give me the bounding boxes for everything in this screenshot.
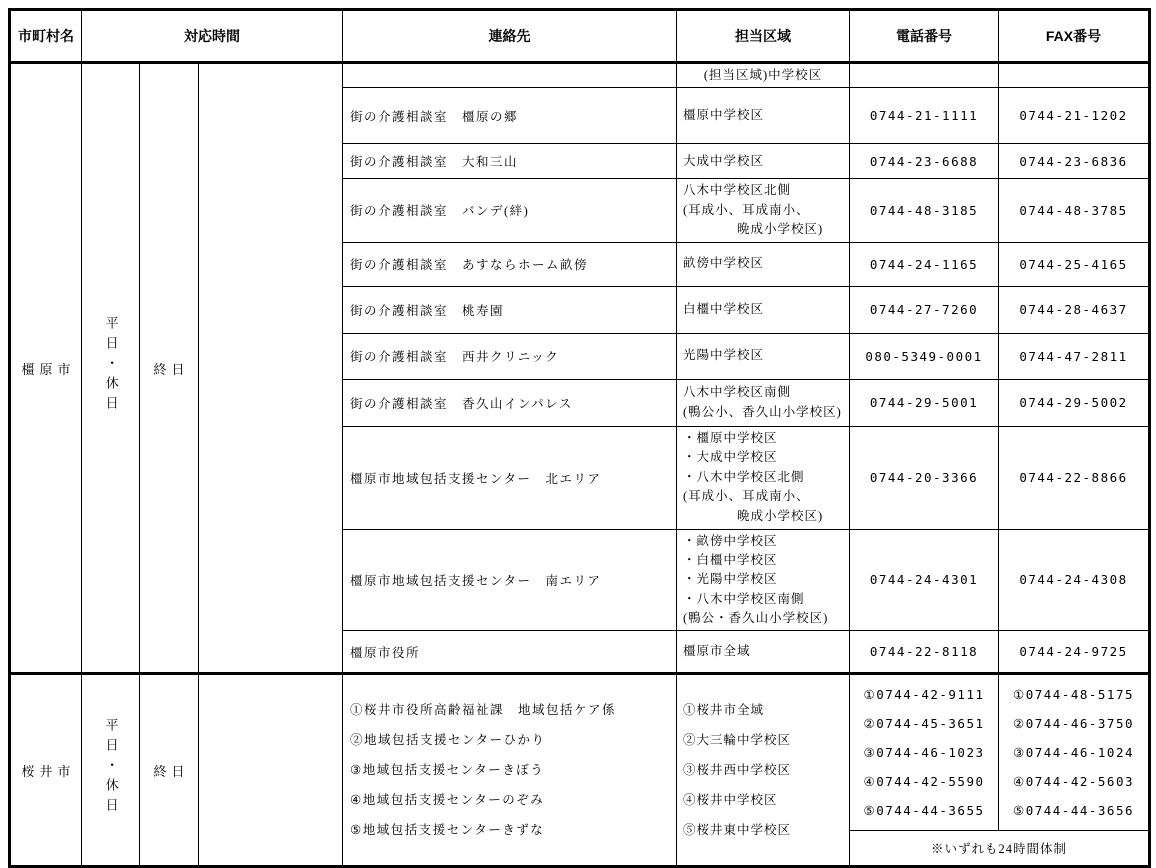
- table-row: 桜井市 平日・休日 終日 ①桜井市役所高齢福祉課 地域包括ケア係 ②地域包括支援…: [10, 674, 1150, 831]
- header-fax: FAX番号: [999, 10, 1150, 63]
- tel-list-cell: ①0744-42-9111 ②0744-45-3651 ③0744-46-102…: [850, 674, 999, 831]
- municipality-cell: 桜井市: [10, 674, 82, 867]
- header-area: 担当区域: [677, 10, 850, 63]
- tel-cell: 0744-24-4301: [850, 529, 999, 631]
- header-tel: 電話番号: [850, 10, 999, 63]
- contact-cell: 街の介護相談室 橿原の郷: [343, 88, 677, 144]
- contact-cell: 橿原市地域包括支援センター 北エリア: [343, 426, 677, 529]
- area-note-cell: (担当区域)中学校区: [677, 63, 850, 88]
- tel-cell: 0744-24-1165: [850, 242, 999, 286]
- fax-cell: 0744-29-5002: [999, 379, 1150, 426]
- header-municipality: 市町村名: [10, 10, 82, 63]
- tel-cell: 0744-20-3366: [850, 426, 999, 529]
- area-list-cell: ①桜井市全域 ②大三輪中学校区 ③桜井西中学校区 ④桜井中学校区 ⑤桜井東中学校…: [677, 674, 850, 867]
- tel-cell: 080-5349-0001: [850, 333, 999, 379]
- fax-list-cell: ①0744-48-5175 ②0744-46-3750 ③0744-46-102…: [999, 674, 1150, 831]
- fax-cell: 0744-23-6836: [999, 144, 1150, 179]
- tel-cell: 0744-29-5001: [850, 379, 999, 426]
- contact-cell: 橿原市役所: [343, 631, 677, 674]
- tel-cell: 0744-27-7260: [850, 286, 999, 333]
- municipality-cell: 橿原市: [10, 63, 82, 674]
- section-kashihara: 橿原市 平日・休日 終日 (担当区域)中学校区 街の介護相談室 橿原の郷 橿原中…: [10, 63, 1150, 674]
- contact-cell: 街の介護相談室 大和三山: [343, 144, 677, 179]
- area-cell: 八木中学校区南側 (鴨公小、香久山小学校区): [677, 379, 850, 426]
- contact-cell: 街の介護相談室 西井クリニック: [343, 333, 677, 379]
- area-cell: ・畝傍中学校区 ・白橿中学校区 ・光陽中学校区 ・八木中学校区南側 (鴨公・香久…: [677, 529, 850, 631]
- contact-table: 市町村名 対応時間 連絡先 担当区域 電話番号 FAX番号 橿原市 平日・休日 …: [8, 8, 1151, 868]
- area-cell: 橿原市全域: [677, 631, 850, 674]
- area-cell: 八木中学校区北側 (耳成小、耳成南小、 晩成小学校区): [677, 179, 850, 242]
- tel-cell: 0744-22-8118: [850, 631, 999, 674]
- fax-cell: 0744-24-4308: [999, 529, 1150, 631]
- contact-cell: 橿原市地域包括支援センター 南エリア: [343, 529, 677, 631]
- area-cell: 大成中学校区: [677, 144, 850, 179]
- fax-cell: 0744-24-9725: [999, 631, 1150, 674]
- area-cell: ・橿原中学校区 ・大成中学校区 ・八木中学校区北側 (耳成小、耳成南小、 晩成小…: [677, 426, 850, 529]
- tel-cell: [850, 63, 999, 88]
- hours-empty-cell: [199, 674, 343, 867]
- header-contact: 連絡先: [343, 10, 677, 63]
- fax-cell: 0744-47-2811: [999, 333, 1150, 379]
- tel-cell: 0744-23-6688: [850, 144, 999, 179]
- hours-time-cell: 終日: [140, 63, 199, 674]
- area-cell: 光陽中学校区: [677, 333, 850, 379]
- hours-time-cell: 終日: [140, 674, 199, 867]
- hours-days-label: 平日・休日: [103, 718, 117, 818]
- area-cell: 畝傍中学校区: [677, 242, 850, 286]
- table-row: 橿原市 平日・休日 終日 (担当区域)中学校区: [10, 63, 1150, 88]
- header-hours: 対応時間: [82, 10, 343, 63]
- table-header: 市町村名 対応時間 連絡先 担当区域 電話番号 FAX番号: [10, 10, 1150, 63]
- contact-cell: [343, 63, 677, 88]
- contact-cell: 街の介護相談室 あすならホーム畝傍: [343, 242, 677, 286]
- hours-empty-cell: [199, 63, 343, 674]
- fax-cell: 0744-25-4165: [999, 242, 1150, 286]
- fax-cell: 0744-22-8866: [999, 426, 1150, 529]
- contact-cell: 街の介護相談室 バンデ(絆): [343, 179, 677, 242]
- contact-cell: 街の介護相談室 桃寿園: [343, 286, 677, 333]
- hours-days-cell: 平日・休日: [82, 63, 140, 674]
- area-cell: 白橿中学校区: [677, 286, 850, 333]
- fax-cell: 0744-48-3785: [999, 179, 1150, 242]
- hours-days-label: 平日・休日: [103, 316, 117, 416]
- section-sakurai: 桜井市 平日・休日 終日 ①桜井市役所高齢福祉課 地域包括ケア係 ②地域包括支援…: [10, 674, 1150, 867]
- contact-cell: 街の介護相談室 香久山インパレス: [343, 379, 677, 426]
- contact-list-cell: ①桜井市役所高齢福祉課 地域包括ケア係 ②地域包括支援センターひかり ③地域包括…: [343, 674, 677, 867]
- tel-cell: 0744-21-1111: [850, 88, 999, 144]
- tel-cell: 0744-48-3185: [850, 179, 999, 242]
- footnote-cell: ※いずれも24時間体制: [850, 831, 1150, 867]
- fax-cell: 0744-21-1202: [999, 88, 1150, 144]
- area-cell: 橿原中学校区: [677, 88, 850, 144]
- fax-cell: 0744-28-4637: [999, 286, 1150, 333]
- hours-days-cell: 平日・休日: [82, 674, 140, 867]
- fax-cell: [999, 63, 1150, 88]
